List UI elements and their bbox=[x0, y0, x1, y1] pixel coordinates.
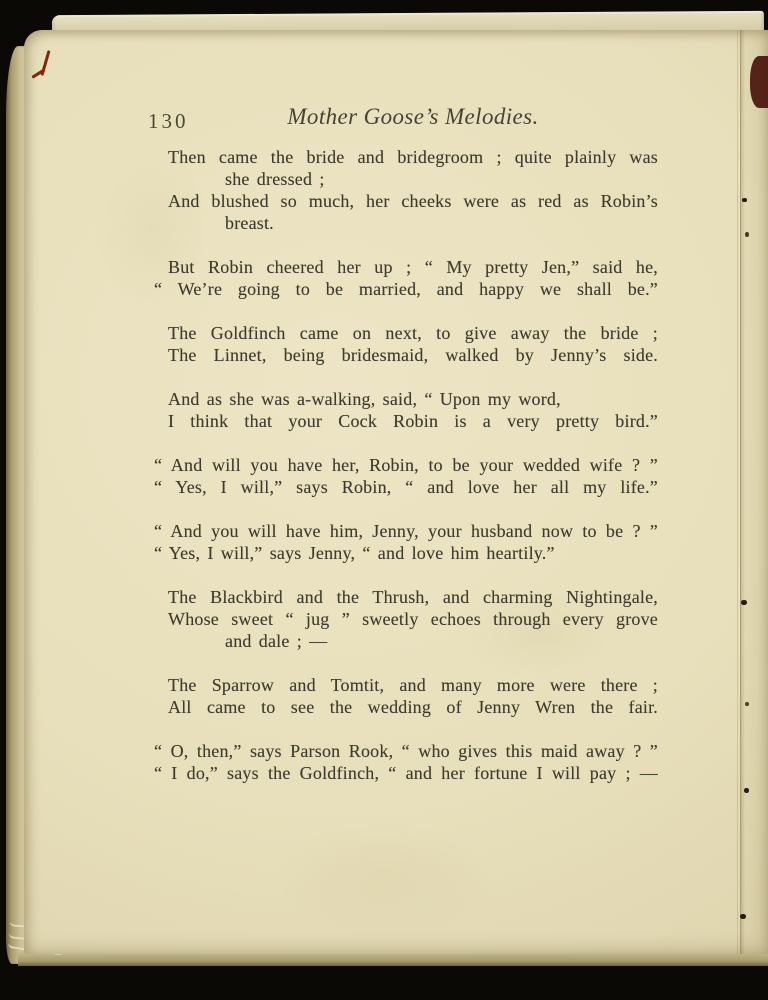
poem-line: “ Yes, I will,” says Jenny, “ and love h… bbox=[154, 542, 658, 564]
ink-speck bbox=[742, 198, 747, 202]
stanza: “ O, then,” says Parson Rook, “ who give… bbox=[154, 740, 658, 784]
stanza: “ And will you have her, Robin, to be yo… bbox=[154, 454, 658, 498]
stanza: The Blackbird and the Thrush, and charmi… bbox=[154, 586, 658, 652]
poem-line: “ O, then,” says Parson Rook, “ who give… bbox=[154, 740, 658, 762]
poem-line: All came to see the wedding of Jenny Wre… bbox=[154, 696, 658, 718]
stanza: “ And you will have him, Jenny, your hus… bbox=[154, 520, 658, 564]
running-title: Mother Goose’s Melodies. bbox=[154, 104, 658, 130]
page-content: 130 Mother Goose’s Melodies. Then came t… bbox=[154, 104, 658, 806]
poem-line: “ Yes, I will,” says Robin, “ and love h… bbox=[154, 476, 658, 498]
poem-line: The Sparrow and Tomtit, and many more we… bbox=[154, 674, 658, 696]
binding-mark bbox=[750, 56, 768, 108]
poem-line: she dressed ; bbox=[154, 168, 658, 190]
fore-edge-crease bbox=[740, 30, 768, 954]
poem: Then came the bride and bridegroom ; qui… bbox=[154, 146, 658, 784]
poem-line: Whose sweet “ jug ” sweetly echoes throu… bbox=[154, 608, 658, 630]
stanza: But Robin cheered her up ; “ My pretty J… bbox=[154, 256, 658, 300]
poem-line: The Linnet, being bridesmaid, walked by … bbox=[154, 344, 658, 366]
poem-line: “ I do,” says the Goldfinch, “ and her f… bbox=[154, 762, 658, 784]
poem-line: Then came the bride and bridegroom ; qui… bbox=[154, 146, 658, 168]
ink-speck bbox=[745, 702, 749, 706]
stanza: The Sparrow and Tomtit, and many more we… bbox=[154, 674, 658, 718]
book-page: 130 Mother Goose’s Melodies. Then came t… bbox=[24, 30, 768, 954]
poem-line: And as she was a-walking, said, “ Upon m… bbox=[154, 388, 658, 410]
ink-speck bbox=[741, 600, 747, 605]
page-header: 130 Mother Goose’s Melodies. bbox=[154, 104, 658, 144]
stanza: The Goldfinch came on next, to give away… bbox=[154, 322, 658, 366]
paper-stain bbox=[274, 820, 494, 940]
poem-line: I think that your Cock Robin is a very p… bbox=[154, 410, 658, 432]
stanza: Then came the bride and bridegroom ; qui… bbox=[154, 146, 658, 234]
poem-line: “ We’re going to be married, and happy w… bbox=[154, 278, 658, 300]
stanza: And as she was a-walking, said, “ Upon m… bbox=[154, 388, 658, 432]
ink-speck bbox=[744, 788, 749, 793]
poem-line: and dale ; — bbox=[154, 630, 658, 652]
poem-line: breast. bbox=[154, 212, 658, 234]
ink-speck bbox=[745, 232, 749, 237]
poem-line: And blushed so much, her cheeks were as … bbox=[154, 190, 658, 212]
crease-line bbox=[737, 30, 738, 954]
poem-line: The Blackbird and the Thrush, and charmi… bbox=[154, 586, 658, 608]
poem-line: “ And you will have him, Jenny, your hus… bbox=[154, 520, 658, 542]
poem-line: But Robin cheered her up ; “ My pretty J… bbox=[154, 256, 658, 278]
ink-speck bbox=[740, 914, 746, 919]
poem-line: The Goldfinch came on next, to give away… bbox=[154, 322, 658, 344]
poem-line: “ And will you have her, Robin, to be yo… bbox=[154, 454, 658, 476]
page-number: 130 bbox=[148, 109, 189, 134]
